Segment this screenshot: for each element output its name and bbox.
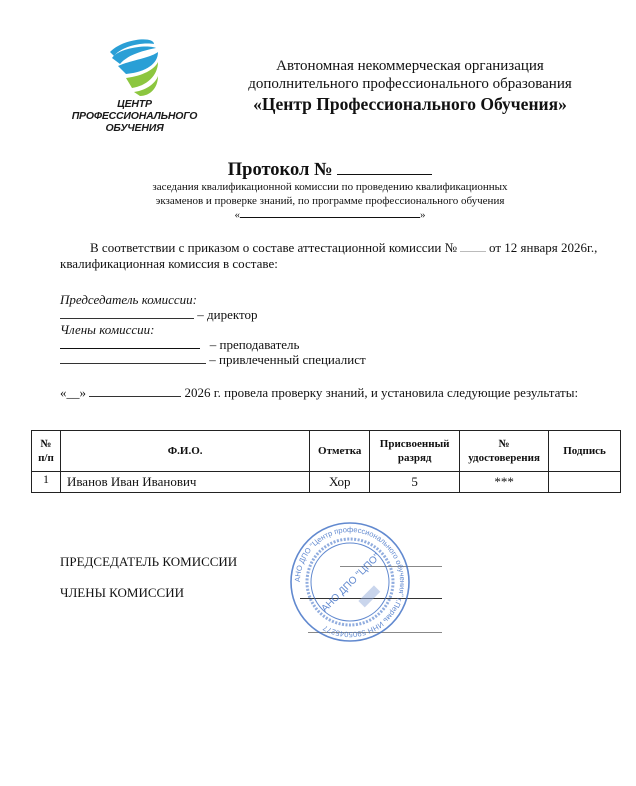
round-stamp-icon: АНО ДПО "Центр профессионального обучени… [288, 520, 412, 644]
protocol-subtitle: заседания квалификационной комиссии по п… [120, 181, 540, 223]
cell-cert: *** [460, 472, 549, 493]
chair-signature-label: ПРЕДСЕДАТЕЛЬ КОМИССИИ [60, 554, 237, 570]
organization-logo: ЦЕНТР ПРОФЕССИОНАЛЬНОГО ОБУЧЕНИЯ [62, 36, 207, 131]
svg-text:АНО ДПО "ЦПО": АНО ДПО "ЦПО" [319, 551, 383, 615]
col-header-fio: Ф.И.О. [60, 431, 309, 472]
cell-num: 1 [32, 472, 61, 493]
org-name: «Центр Профессионального Обучения» [230, 93, 590, 115]
subtitle-line1: заседания квалификационной комиссии по п… [120, 181, 540, 195]
member2-name-blank[interactable] [60, 352, 206, 364]
org-field-line: дополнительного профессионального образо… [230, 75, 590, 93]
results-text: 2026 г. провела проверку знаний, и устан… [185, 385, 579, 400]
col-header-sign: Подпись [549, 431, 621, 472]
program-name-blank[interactable] [240, 208, 420, 218]
program-close-quote: » [420, 209, 426, 221]
col-header-num: №п/п [32, 431, 61, 472]
protocol-title-text: Протокол № [228, 160, 333, 180]
org-type-line: Автономная некоммерческая организация [230, 57, 590, 75]
members-label: Члены комиссии: [60, 322, 460, 337]
table-row: 1 Иванов Иван Иванович Хор 5 *** [32, 472, 621, 493]
results-table: №п/п Ф.И.О. Отметка Присвоенныйразряд №у… [31, 430, 621, 493]
logo-text-line3: ОБУЧЕНИЯ [62, 122, 207, 134]
intro-line2: квалификационная комиссия в составе: [60, 256, 278, 271]
col-header-mark: Отметка [310, 431, 370, 472]
cell-sign[interactable] [549, 472, 621, 493]
organization-header: Автономная некоммерческая организация до… [230, 57, 590, 115]
month-blank[interactable] [89, 386, 181, 397]
col-header-cert: №удостоверения [460, 431, 549, 472]
cell-fio: Иванов Иван Иванович [60, 472, 309, 493]
member1-name-blank[interactable] [60, 337, 200, 349]
logo-text-line2: ПРОФЕССИОНАЛЬНОГО [62, 110, 207, 122]
chair-name-blank[interactable] [60, 307, 194, 319]
chair-label: Председатель комиссии: [60, 292, 460, 307]
intro-paragraph: В соответствии с приказом о составе атте… [60, 240, 620, 272]
commission-section: Председатель комиссии: – директор Члены … [60, 292, 460, 367]
results-intro: «__» 2026 г. провела проверку знаний, и … [60, 385, 620, 401]
intro-text-after: от 12 января 2026г., [489, 240, 597, 255]
protocol-title: Протокол № [120, 160, 540, 181]
col-header-grade: Присвоенныйразряд [370, 431, 460, 472]
organization-stamp: АНО ДПО "Центр профессионального обучени… [288, 520, 412, 644]
members-signature-label: ЧЛЕНЫ КОМИССИИ [60, 585, 184, 601]
globe-swoosh-icon [62, 36, 207, 96]
table-header-row: №п/п Ф.И.О. Отметка Присвоенныйразряд №у… [32, 431, 621, 472]
member1-role: – преподаватель [210, 337, 300, 352]
subtitle-line2: экзаменов и проверке знаний, по программ… [120, 195, 540, 209]
member2-role: – привлеченный специалист [209, 352, 365, 367]
cell-mark: Хор [310, 472, 370, 493]
day-blank[interactable]: «__» [60, 385, 86, 400]
cell-grade: 5 [370, 472, 460, 493]
intro-text-before: В соответствии с приказом о составе атте… [90, 240, 457, 255]
protocol-number-blank[interactable] [337, 160, 432, 175]
chair-role: – директор [197, 307, 257, 322]
logo-text-line1: ЦЕНТР [62, 98, 207, 110]
order-number-blank[interactable] [460, 241, 486, 252]
